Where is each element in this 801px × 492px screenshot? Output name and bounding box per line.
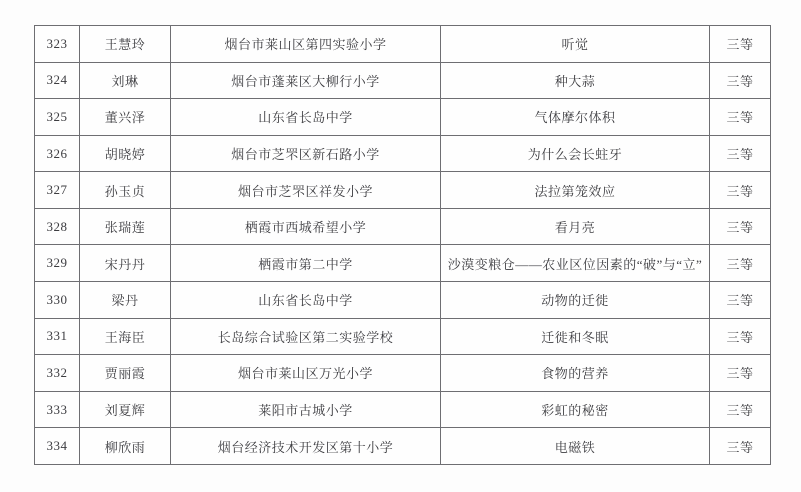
scanned-document-page: 323 王慧玲 烟台市莱山区第四实验小学 听觉 三等 324 刘琳 烟台市蓬莱区… <box>0 0 801 492</box>
school-name-cell: 烟台市芝罘区祥发小学 <box>171 172 441 209</box>
school-name-cell: 烟台市芝罘区新石路小学 <box>171 135 441 172</box>
serial-number-cell: 327 <box>35 172 80 209</box>
award-results-table: 323 王慧玲 烟台市莱山区第四实验小学 听觉 三等 324 刘琳 烟台市蓬莱区… <box>34 25 771 465</box>
serial-number-cell: 328 <box>35 208 80 245</box>
award-level-cell: 三等 <box>710 208 771 245</box>
teacher-name-cell: 董兴泽 <box>80 99 171 136</box>
school-name-cell: 栖霞市第二中学 <box>171 245 441 282</box>
award-level-cell: 三等 <box>710 428 771 465</box>
award-level-cell: 三等 <box>710 245 771 282</box>
award-level-cell: 三等 <box>710 391 771 428</box>
table-row: 329 宋丹丹 栖霞市第二中学 沙漠变粮仓——农业区位因素的“破”与“立” 三等 <box>35 245 771 282</box>
table-row: 330 梁丹 山东省长岛中学 动物的迁徙 三等 <box>35 282 771 319</box>
serial-number-cell: 331 <box>35 318 80 355</box>
school-name-cell: 烟台经济技术开发区第十小学 <box>171 428 441 465</box>
award-level-cell: 三等 <box>710 26 771 63</box>
award-level-cell: 三等 <box>710 282 771 319</box>
teacher-name-cell: 王慧玲 <box>80 26 171 63</box>
table-row: 325 董兴泽 山东省长岛中学 气体摩尔体积 三等 <box>35 99 771 136</box>
lesson-topic-cell: 法拉第笼效应 <box>441 172 710 209</box>
school-name-cell: 栖霞市西城希望小学 <box>171 208 441 245</box>
serial-number-cell: 332 <box>35 355 80 392</box>
lesson-topic-cell: 沙漠变粮仓——农业区位因素的“破”与“立” <box>441 245 710 282</box>
school-name-cell: 山东省长岛中学 <box>171 99 441 136</box>
award-level-cell: 三等 <box>710 62 771 99</box>
award-level-cell: 三等 <box>710 318 771 355</box>
teacher-name-cell: 梁丹 <box>80 282 171 319</box>
table-row: 332 贾丽霞 烟台市莱山区万光小学 食物的营养 三等 <box>35 355 771 392</box>
teacher-name-cell: 王海臣 <box>80 318 171 355</box>
award-level-cell: 三等 <box>710 99 771 136</box>
school-name-cell: 莱阳市古城小学 <box>171 391 441 428</box>
serial-number-cell: 334 <box>35 428 80 465</box>
teacher-name-cell: 张瑞莲 <box>80 208 171 245</box>
teacher-name-cell: 刘琳 <box>80 62 171 99</box>
serial-number-cell: 333 <box>35 391 80 428</box>
table-row: 326 胡晓婷 烟台市芝罘区新石路小学 为什么会长蛀牙 三等 <box>35 135 771 172</box>
lesson-topic-cell: 气体摩尔体积 <box>441 99 710 136</box>
serial-number-cell: 330 <box>35 282 80 319</box>
lesson-topic-cell: 为什么会长蛀牙 <box>441 135 710 172</box>
award-level-cell: 三等 <box>710 172 771 209</box>
table-row: 333 刘夏辉 莱阳市古城小学 彩虹的秘密 三等 <box>35 391 771 428</box>
school-name-cell: 山东省长岛中学 <box>171 282 441 319</box>
teacher-name-cell: 孙玉贞 <box>80 172 171 209</box>
serial-number-cell: 324 <box>35 62 80 99</box>
school-name-cell: 长岛综合试验区第二实验学校 <box>171 318 441 355</box>
lesson-topic-cell: 动物的迁徙 <box>441 282 710 319</box>
award-level-cell: 三等 <box>710 355 771 392</box>
teacher-name-cell: 柳欣雨 <box>80 428 171 465</box>
lesson-topic-cell: 彩虹的秘密 <box>441 391 710 428</box>
teacher-name-cell: 胡晓婷 <box>80 135 171 172</box>
table-row: 334 柳欣雨 烟台经济技术开发区第十小学 电磁铁 三等 <box>35 428 771 465</box>
teacher-name-cell: 宋丹丹 <box>80 245 171 282</box>
award-table-body: 323 王慧玲 烟台市莱山区第四实验小学 听觉 三等 324 刘琳 烟台市蓬莱区… <box>35 26 771 465</box>
serial-number-cell: 323 <box>35 26 80 63</box>
lesson-topic-cell: 看月亮 <box>441 208 710 245</box>
lesson-topic-cell: 电磁铁 <box>441 428 710 465</box>
table-row: 323 王慧玲 烟台市莱山区第四实验小学 听觉 三等 <box>35 26 771 63</box>
award-level-cell: 三等 <box>710 135 771 172</box>
school-name-cell: 烟台市莱山区第四实验小学 <box>171 26 441 63</box>
table-row: 328 张瑞莲 栖霞市西城希望小学 看月亮 三等 <box>35 208 771 245</box>
lesson-topic-cell: 种大蒜 <box>441 62 710 99</box>
school-name-cell: 烟台市蓬莱区大柳行小学 <box>171 62 441 99</box>
lesson-topic-cell: 迁徙和冬眠 <box>441 318 710 355</box>
school-name-cell: 烟台市莱山区万光小学 <box>171 355 441 392</box>
teacher-name-cell: 贾丽霞 <box>80 355 171 392</box>
table-row: 324 刘琳 烟台市蓬莱区大柳行小学 种大蒜 三等 <box>35 62 771 99</box>
table-row: 327 孙玉贞 烟台市芝罘区祥发小学 法拉第笼效应 三等 <box>35 172 771 209</box>
table-row: 331 王海臣 长岛综合试验区第二实验学校 迁徙和冬眠 三等 <box>35 318 771 355</box>
lesson-topic-cell: 听觉 <box>441 26 710 63</box>
serial-number-cell: 325 <box>35 99 80 136</box>
serial-number-cell: 329 <box>35 245 80 282</box>
teacher-name-cell: 刘夏辉 <box>80 391 171 428</box>
serial-number-cell: 326 <box>35 135 80 172</box>
lesson-topic-cell: 食物的营养 <box>441 355 710 392</box>
